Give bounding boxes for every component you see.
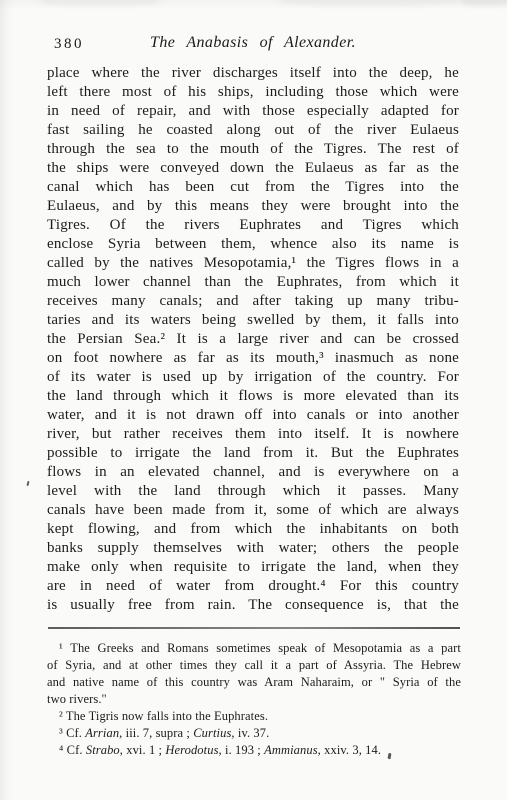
scan-smudge [40,0,160,6]
footnote-line: ⁴ Cf. Strabo, xvi. 1 ; Herodotus, i. 193… [47,742,461,759]
body-line: make only when requisite to irrigate the… [47,558,459,577]
body-line: on foot nowhere as far as its mouth,³ in… [47,349,459,368]
footnote: ³ Cf. Arrian, iii. 7, supra ; Curtius, i… [47,725,461,742]
body-line: much lower channel than the Euphrates, f… [47,273,459,292]
scan-smudge [280,0,460,6]
body-line: is usually free from rain. The consequen… [47,596,459,615]
body-line: water, and it is not drawn off into cana… [47,406,459,425]
footnotes: ¹ The Greeks and Romans sometimes speak … [47,640,461,759]
footnote: ² The Tigris now falls into the Euphrate… [47,708,461,725]
text-segment: ⁴ Cf. [59,743,86,757]
running-title: The Anabasis of Alexander. [47,34,459,52]
body-line: place where the river discharges itself … [47,64,459,83]
text-segment: of Syria, and at other times they call i… [47,658,461,672]
body-line: Eulaeus, and by this means they were bro… [47,197,459,216]
body-line: flows in an elevated channel, and is eve… [47,463,459,482]
body-line: level with the land through which it pas… [47,482,459,501]
text-segment: , iii. 7, supra ; [119,726,193,740]
body-line: through the sea to the mouth of the Tigr… [47,140,459,159]
footnote-line: ² The Tigris now falls into the Euphrate… [47,708,461,725]
body-line: in need of repair, and with those especi… [47,102,459,121]
footnote-line: two rivers." [47,691,461,708]
footnote-line: ¹ The Greeks and Romans sometimes speak … [47,640,461,657]
citation-name: Ammianus [264,743,318,757]
body-line: enclose Syria between them, whence also … [47,235,459,254]
body-line: the land through which it flows is more … [47,387,459,406]
text-segment: , iv. 37. [231,726,269,740]
scan-smudge [460,0,507,6]
citation-name: Arrian [85,726,119,740]
body-line: river, but rather receives them into its… [47,425,459,444]
citation-name: Strabo [86,743,120,757]
body-line: Tigres. Of the rivers Euphrates and Tigr… [47,216,459,235]
ink-speck [26,481,29,486]
body-line: possible to irrigate the land from it. B… [47,444,459,463]
body-line: receives many canals; and after taking u… [47,292,459,311]
body-line: canals have been made from it, some of w… [47,501,459,520]
footnote-divider [48,627,460,629]
text-segment: ² The Tigris now falls into the Euphrate… [59,709,268,723]
footnote-line: of Syria, and at other times they call i… [47,657,461,674]
body-line: of its water is used up by irrigation of… [47,368,459,387]
body-line: the Persian Sea.² It is a large river an… [47,330,459,349]
body-line: left there most of his ships, including … [47,83,459,102]
text-segment: two rivers." [47,692,107,706]
body-line: are in need of water from drought.⁴ For … [47,577,459,596]
footnote: ¹ The Greeks and Romans sometimes speak … [47,640,461,708]
body-line: kept flowing, and from which the inhabit… [47,520,459,539]
body-line: banks supply themselves with water; othe… [47,539,459,558]
text-segment: , xxiv. 3, 14. [318,743,381,757]
footnote: ⁴ Cf. Strabo, xvi. 1 ; Herodotus, i. 193… [47,742,461,759]
body-line: canal which has been cut from the Tigres… [47,178,459,197]
text-segment: , xvi. 1 ; [120,743,166,757]
page-header: 380 The Anabasis of Alexander. [47,34,459,56]
body-line: called by the natives Mesopotamia,¹ the … [47,254,459,273]
book-page: 380 The Anabasis of Alexander. place whe… [0,0,507,800]
footnote-line: and native name of this country was Aram… [47,674,461,691]
citation-name: Herodotus [165,743,218,757]
body-text: place where the river discharges itself … [47,64,459,615]
body-line: taries and its waters being swelled by t… [47,311,459,330]
text-segment: and native name of this country was Aram… [47,675,461,689]
body-line: the ships were conveyed down the Eulaeus… [47,159,459,178]
text-segment: ¹ The Greeks and Romans sometimes speak … [59,641,461,655]
text-segment: , i. 193 ; [219,743,265,757]
body-line: fast sailing he coasted along out of the… [47,121,459,140]
page-number: 380 [54,36,84,53]
footnote-line: ³ Cf. Arrian, iii. 7, supra ; Curtius, i… [47,725,461,742]
citation-name: Curtius [193,726,231,740]
text-segment: ³ Cf. [59,726,85,740]
